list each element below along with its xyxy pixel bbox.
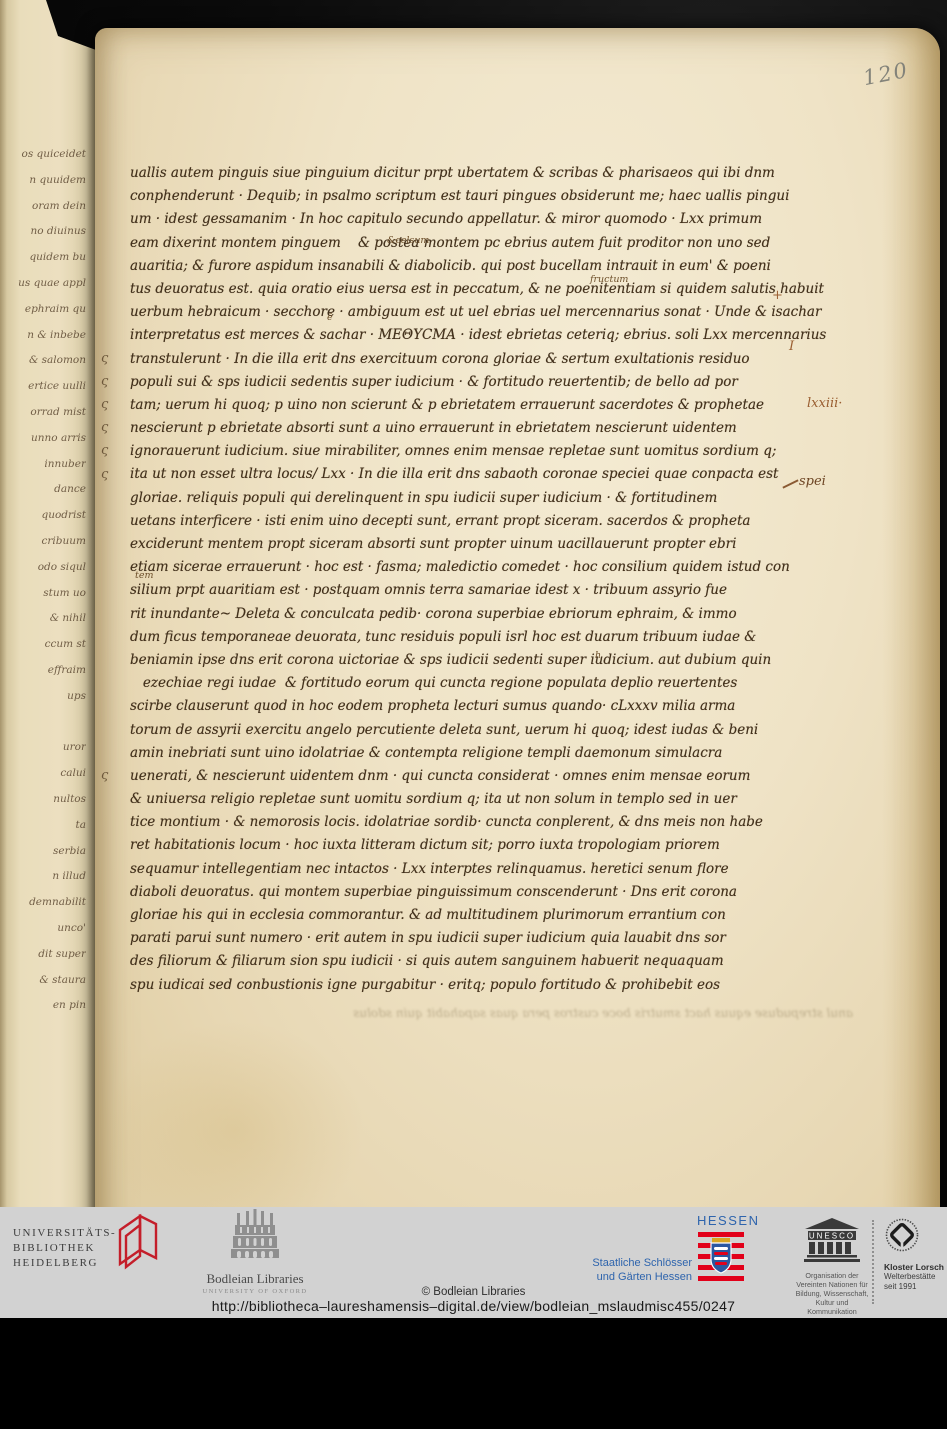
leaf-text-fragment: n illud	[0, 864, 86, 890]
heidelberg-line: UNIVERSITÄTS-	[13, 1226, 116, 1241]
leaf-text-fragment: dance	[0, 477, 86, 503]
manuscript-line: uerbum hebraicum · secchore · ambiguum e…	[130, 301, 846, 324]
right-margin-note: +	[772, 288, 783, 303]
bodleian-libraries-block: Bodleian Libraries UNIVERSITY OF OXFORD	[188, 1209, 322, 1295]
manuscript-line: parati parui sunt numero · erit autem in…	[130, 927, 846, 950]
manuscript-line: tam; uerum hi quoq; p uino non scierunt …	[130, 394, 846, 417]
footer-dotted-separator	[872, 1220, 874, 1304]
manuscript-line: amin inebriati sunt uino idolatriae & co…	[130, 742, 846, 765]
manuscript-line: uallis autem pinguis siue pinguium dicit…	[130, 162, 846, 185]
hessen-block: HESSEN	[697, 1213, 745, 1291]
manuscript-line: exciderunt mentem propt siceram absorti …	[130, 533, 846, 556]
facing-leaf-text-fragments: os quiceidetn quuidemoram deinno diuinus…	[0, 142, 86, 1042]
unesco-caption-line: Organisation der	[790, 1271, 874, 1280]
unesco-caption-line: Bildung, Wissenschaft,	[790, 1289, 874, 1298]
manuscript-line: silium prpt auaritiam est · postquam omn…	[130, 579, 846, 602]
unesco-caption-line: Vereinten Nationen für	[790, 1280, 874, 1289]
manuscript-line: gloriae his qui in ecclesia commorantur.…	[130, 904, 846, 927]
leaf-text-fragment: & salomon	[0, 348, 86, 374]
leaf-text-fragment: cribuum	[0, 529, 86, 555]
manuscript-line: uetans interficere · isti enim uino dece…	[130, 510, 846, 533]
manuscript-line: etiam sicerae errauerunt · hoc est · fas…	[130, 556, 846, 579]
manuscript-line: populi sui & sps iudicii sedentis super …	[130, 371, 846, 394]
unesco-caption-line: Kultur und Kommunikation	[790, 1298, 874, 1316]
manuscript-line: tice montium · & nemorosis locis. idolat…	[130, 811, 846, 834]
right-margin-note: I	[789, 339, 794, 354]
hessen-label-line: und Gärten Hessen	[552, 1270, 692, 1284]
leaf-text-fragment: stum uo	[0, 581, 86, 607]
manuscript-line: uenerati, & nescierunt uidentem dnm · qu…	[130, 765, 846, 788]
svg-text:UNESCO: UNESCO	[809, 1232, 855, 1241]
leaf-text-fragment: orrad mist	[0, 400, 86, 426]
manuscript-line: nescierunt p ebrietate absorti sunt a ui…	[130, 417, 846, 440]
manuscript-line: transtulerunt · In die illa erit dns exe…	[130, 348, 846, 371]
interlinear-correction: tem	[135, 570, 153, 581]
interlinear-correction: h	[595, 650, 601, 661]
manuscript-line: torum de assyrii exercitu angelo percuti…	[130, 719, 846, 742]
quote-mark: ς	[101, 397, 108, 412]
leaf-text-fragment: n & inbebe	[0, 323, 86, 349]
hessen-label: Staatliche Schlösser und Gärten Hessen	[552, 1256, 692, 1284]
leaf-text-fragment: quodrist	[0, 503, 86, 529]
leaf-text-fragment: ertice uulli	[0, 374, 86, 400]
manuscript-line: des filiorum & filiarum sion spu iudicii…	[130, 950, 846, 973]
manuscript-line: ita ut non esset ultra locus/ Lxx · In d…	[130, 463, 846, 486]
manuscript-line: sequamur intellegentiam nec intactos · L…	[130, 858, 846, 881]
leaf-text-fragment: unco'	[0, 916, 86, 942]
leaf-text-fragment: dit super	[0, 942, 86, 968]
photograph-background: os quiceidetn quuidemoram deinno diuinus…	[0, 0, 947, 1318]
lorsch-line: seit 1991	[884, 1282, 944, 1292]
right-margin-note: spei	[799, 474, 826, 489]
leaf-text-fragment: ccum st	[0, 632, 86, 658]
leaf-text-fragment: unno arris	[0, 426, 86, 452]
manuscript-page: 120 uallis autem pinguis siue pinguium d…	[95, 28, 940, 1300]
manuscript-line: ezechiae regi iudae & fortitudo eorum qu…	[130, 672, 846, 695]
quote-mark: ς	[101, 374, 108, 389]
quote-mark: ς	[101, 351, 108, 366]
leaf-text-fragment: en pin	[0, 993, 86, 1019]
quote-mark: ς	[101, 443, 108, 458]
interlinear-correction: ē	[327, 312, 333, 323]
manuscript-line: ignorauerunt iudicium. siue mirabiliter,…	[130, 440, 846, 463]
leaf-text-fragment: quidem bu	[0, 245, 86, 271]
show-through-text: anul strepuduse equus hact smutris boce …	[117, 1006, 853, 1020]
unesco-caption: Organisation der Vereinten Nationen für …	[790, 1271, 874, 1316]
bodleian-name: Bodleian Libraries	[188, 1271, 322, 1287]
kloster-lorsch-block: Kloster Lorsch Welterbestätte seit 1991	[884, 1217, 944, 1292]
leaf-text-fragment: innuber	[0, 452, 86, 478]
leaf-text-fragment: n quuidem	[0, 168, 86, 194]
leaf-text-fragment: & staura	[0, 968, 86, 994]
leaf-text-fragment: ephraim qu	[0, 297, 86, 323]
facing-leaf-edge: os quiceidetn quuidemoram deinno diuinus…	[0, 0, 96, 1304]
hessen-label-line: Staatliche Schlösser	[552, 1256, 692, 1270]
leaf-text-fragment: no diuinus	[0, 219, 86, 245]
lorsch-line: Welterbestätte	[884, 1272, 944, 1282]
hessen-coat-of-arms-icon	[698, 1230, 744, 1286]
leaf-text-fragment: effraim	[0, 658, 86, 684]
manuscript-line: um · idest gessamanim · In hoc capitulo …	[130, 208, 846, 231]
manuscript-line: diaboli deuoratus. qui montem superbiae …	[130, 881, 846, 904]
manuscript-line: auaritia; & furore aspidum insanabili & …	[130, 255, 846, 278]
heidelberg-line: BIBLIOTHEK	[13, 1241, 116, 1256]
manuscript-line: interpretatus est merces & sachar · ΜΕΘΥ…	[130, 324, 846, 347]
manuscript-line: conphenderunt · Dequib; in psalmo script…	[130, 185, 846, 208]
leaf-text-fragment: demnabilit	[0, 890, 86, 916]
unesco-block: UNESCO Organisation der Vereinten Nation…	[790, 1218, 874, 1316]
heidelberg-line: HEIDELBERG	[13, 1256, 116, 1271]
right-margin-note: lxxiii·	[807, 396, 842, 411]
heidelberg-library-name: UNIVERSITÄTS- BIBLIOTHEK HEIDELBERG	[13, 1226, 116, 1271]
leaf-text-fragment: serbia	[0, 839, 86, 865]
manuscript-text-block: uallis autem pinguis siue pinguium dicit…	[130, 162, 846, 1002]
manuscript-line: scirbe clauserunt quod in hoc eodem prop…	[130, 695, 846, 718]
institutional-footer: UNIVERSITÄTS- BIBLIOTHEK HEIDELBERG	[0, 1207, 947, 1318]
interlinear-correction: fructum	[590, 274, 628, 285]
manuscript-line: tus deuoratus est. quia oratio eius uers…	[130, 278, 846, 301]
manuscript-line: & uniuersa religio repletae sunt uomitu …	[130, 788, 846, 811]
manuscript-line: gloriae. reliquis populi qui derelinquen…	[130, 487, 846, 510]
leaf-text-fragment: us quae appl	[0, 271, 86, 297]
leaf-text-fragment: os quiceidet	[0, 142, 86, 168]
manuscript-line: eam dixerint montem pinguem & postea mon…	[130, 232, 846, 255]
leaf-text-fragment: odo siqul	[0, 555, 86, 581]
manuscript-line: spu iudicai sed conbustionis igne purgab…	[130, 974, 846, 997]
leaf-text-fragment: oram dein	[0, 194, 86, 220]
manuscript-line: dum ficus temporaneae deuorata, tunc res…	[130, 626, 846, 649]
page-edge-curl	[882, 28, 940, 1300]
leaf-text-fragment: uror	[0, 735, 86, 761]
manuscript-line: rit inundante~ Deleta & conculcata pedib…	[130, 603, 846, 626]
leaf-text-fragment: nultos	[0, 787, 86, 813]
leaf-text-fragment: & nihil	[0, 606, 86, 632]
quote-mark: ς	[101, 420, 108, 435]
quote-mark: ς	[101, 467, 108, 482]
leaf-text-fragment: ups	[0, 684, 86, 710]
hessen-wordmark: HESSEN	[697, 1213, 745, 1228]
heidelberg-library-logo-icon	[111, 1212, 163, 1277]
leaf-text-fragment	[0, 710, 86, 736]
quote-mark: ς	[101, 768, 108, 783]
bodleian-building-icon	[227, 1209, 283, 1265]
kloster-lorsch-emblem-icon	[884, 1217, 920, 1253]
lorsch-name: Kloster Lorsch	[884, 1262, 944, 1272]
manuscript-line: ret habitationis locum · hoc iuxta litte…	[130, 834, 846, 857]
leaf-text-fragment: ta	[0, 813, 86, 839]
interlinear-correction: &celsum	[387, 235, 429, 246]
leaf-text-fragment: calui	[0, 761, 86, 787]
manuscript-line: beniamin ipse dns erit corona uictoriae …	[130, 649, 846, 672]
unesco-logo-icon: UNESCO	[803, 1218, 861, 1262]
